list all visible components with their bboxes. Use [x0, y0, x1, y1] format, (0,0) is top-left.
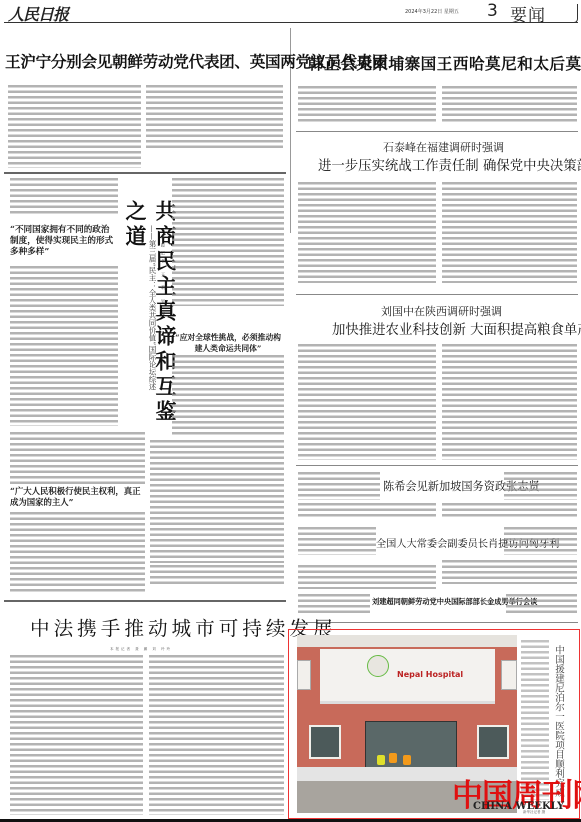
window — [501, 660, 517, 690]
worker — [389, 753, 397, 763]
article-body — [298, 565, 436, 589]
article-body — [442, 86, 577, 122]
worker — [377, 755, 385, 765]
article-body — [10, 266, 118, 426]
subhead-3: “应对全球性挑战，必须推动构建人类命运共同体” — [172, 332, 284, 354]
section-rule — [4, 172, 286, 174]
window — [297, 660, 311, 690]
article-wang-huning: 王沪宁分别会见朝鲜劳动党代表团、英国两党议员代表团 — [5, 50, 285, 72]
masthead-rule — [4, 22, 578, 23]
emblem-icon — [367, 655, 389, 677]
article-han-zheng: 韩正会见柬埔寨国王西哈莫尼和太后莫尼列 — [308, 52, 573, 74]
section-rule — [296, 465, 578, 466]
window — [477, 725, 509, 759]
headline: 进一步压实统战工作责任制 确保党中央决策部署落地落实 — [318, 155, 581, 174]
worker — [403, 755, 411, 765]
issue-date: 2024年3月22日 星期五 — [405, 8, 459, 15]
feature-subtitle: ——第三届“民主：全人类共同价值”国际论坛综述 — [147, 225, 158, 425]
article-body — [146, 85, 283, 151]
article-body — [442, 344, 577, 460]
article-body — [298, 344, 436, 460]
hospital-sign: Nepal Hospital — [397, 670, 463, 679]
article-body — [298, 503, 436, 517]
article-body — [172, 355, 284, 437]
masthead-corner — [574, 4, 578, 23]
article-body — [149, 655, 284, 815]
article-body — [298, 182, 436, 283]
article-body — [504, 527, 577, 555]
kicker: 石泰峰在福建调研时强调 — [383, 139, 504, 155]
headline: 加快推进农业科技创新 大面积提高粮食单产 — [332, 319, 581, 338]
article-body — [172, 178, 284, 306]
article-body — [442, 182, 577, 283]
article-body — [442, 503, 577, 517]
section-rule — [296, 131, 578, 132]
article-body — [150, 565, 284, 587]
article-body — [298, 527, 376, 555]
watermark-english: CHINA WEEKLY — [473, 801, 564, 812]
feature-byline: 本报记者 王 莉 吴 刚 — [160, 235, 166, 335]
article-body — [506, 594, 577, 616]
window — [309, 725, 341, 759]
article-body — [504, 472, 577, 500]
section-rule — [296, 622, 578, 623]
article-body — [298, 472, 380, 500]
article-body — [10, 432, 145, 484]
article-body — [442, 560, 577, 584]
byline: 本报记者 聂 鹏 刘 玲玲 — [110, 647, 172, 652]
headline: 韩正会见柬埔寨国王西哈莫尼和太后莫尼列 — [308, 52, 573, 74]
headline: 王沪宁分别会见朝鲜劳动党代表团、英国两党议员代表团 — [5, 50, 285, 72]
article-body — [150, 440, 284, 563]
article-body — [10, 512, 145, 592]
page-number: 3 — [487, 1, 498, 21]
article-body — [10, 178, 118, 216]
article-body — [298, 86, 436, 122]
section-rule — [296, 294, 578, 295]
article-body — [8, 85, 141, 168]
subhead-2: “广大人民积极行使民主权利，真正成为国家的主人” — [10, 486, 145, 508]
kicker: 刘国中在陕西调研时强调 — [381, 303, 502, 319]
article-body — [10, 655, 143, 815]
subhead-1: “不同国家拥有不同的政治制度，使得实现民主的形式多种多样” — [10, 225, 118, 258]
section-rule — [4, 600, 286, 602]
